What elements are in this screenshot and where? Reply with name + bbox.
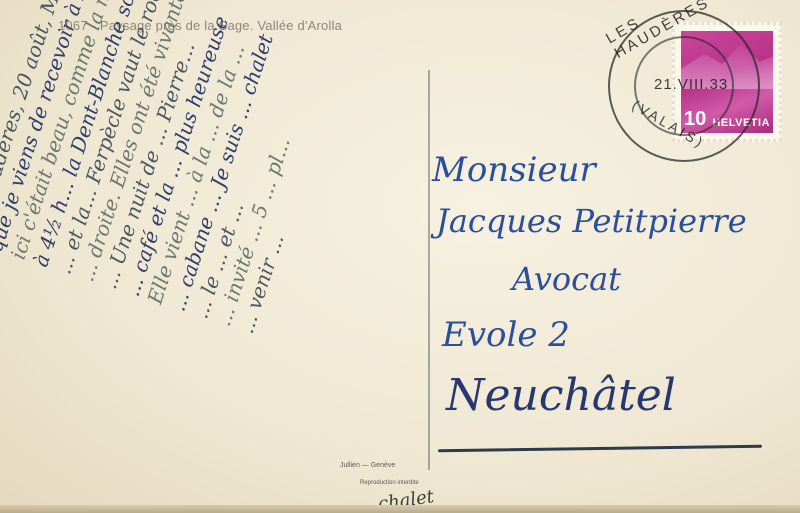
postmark-date: 21.VIII.33 xyxy=(654,76,728,93)
address-street: Evole 2 xyxy=(442,315,570,355)
address-title: Avocat xyxy=(512,260,621,298)
card-edge xyxy=(0,505,800,513)
city-underline xyxy=(438,445,762,453)
publisher-note: Reproduction interdite xyxy=(360,480,419,486)
address-salutation: Monsieur xyxy=(432,150,596,190)
address-name: Jacques Petitpierre xyxy=(436,202,747,240)
center-divider-line xyxy=(428,70,430,470)
publisher-imprint: Jullien — Genève xyxy=(340,462,395,469)
address-city: Neuchâtel xyxy=(446,370,676,421)
postcard-back: 1067 - Paysage près de la Sage. Vallée d… xyxy=(0,0,800,513)
postmark-cancellation: LES HAUDÈRES 21.VIII.33 (VALAIS) xyxy=(608,10,760,162)
